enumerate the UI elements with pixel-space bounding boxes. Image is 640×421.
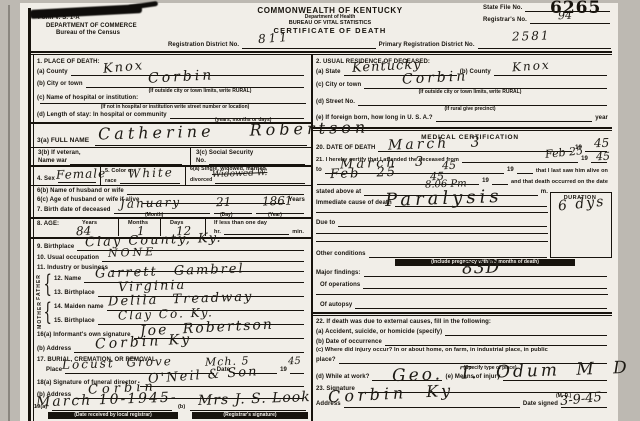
pod-hospital-label: (c) Name of hospital or institution:	[37, 95, 138, 102]
autopsy-line	[355, 305, 607, 309]
marital-value: Widowed W.	[212, 168, 268, 180]
external-d-label: (d) While at work?	[316, 374, 369, 381]
sex-label: 4. Sex	[37, 176, 55, 183]
registrar-no-value: 94	[558, 9, 572, 22]
res-county-line	[494, 72, 607, 76]
certify-from-19: 19	[581, 156, 588, 163]
burial-place-label: Place	[46, 367, 62, 374]
birth-row-bottom-rule	[30, 217, 311, 219]
res-county-value: Knox	[512, 58, 552, 75]
header-rule-1	[30, 51, 612, 53]
autopsy-label: Of autopsy	[320, 302, 352, 309]
state-file-label: State File No.	[483, 5, 522, 12]
mother-brace: {	[43, 298, 51, 326]
burial-year-line	[290, 370, 304, 374]
age-less-label: If less than one day	[214, 220, 267, 226]
certify-to-label: to	[316, 167, 322, 174]
primary-district-line	[478, 45, 611, 49]
external-c-label: (c) Where did injury occur? In or about …	[316, 347, 548, 354]
full-name-line	[95, 145, 307, 146]
mother-name-label: 14. Maiden name	[54, 304, 104, 311]
form-left-border	[28, 8, 31, 421]
primary-district-label: Primary Registration District No.	[379, 42, 475, 49]
burial-19: 19	[280, 367, 287, 374]
father-side-label: FATHER	[36, 274, 42, 300]
occupation-value: NONE	[108, 245, 157, 260]
registrar-sig-value: Mrs J. S. Look	[198, 389, 311, 409]
mother-side-label: MOTHER	[37, 301, 43, 329]
pod-stay-label: (d) Length of stay: In hospital or commu…	[37, 112, 167, 119]
color-race-label: race	[105, 178, 117, 184]
certify-m: m.	[541, 189, 548, 196]
other-conditions-label: Other conditions	[316, 251, 366, 258]
father-brace: {	[43, 270, 51, 298]
ink-smudge-artifact	[30, 4, 142, 19]
external-top-rule-2	[311, 315, 612, 316]
mother-birthplace-label: 15. Birthplace	[54, 318, 95, 325]
birthplace-label: 9. Birthplace	[37, 244, 74, 251]
res-city-label: (c) City or town	[316, 82, 361, 89]
certify-line2b: that I last saw him alive on	[536, 168, 608, 174]
registrar-sig-line	[190, 410, 306, 411]
physician-addr-line	[344, 404, 520, 408]
res-street-note: (If rural give precinct)	[400, 107, 540, 112]
pod-county-label: (a) County	[37, 69, 68, 76]
burial-year-value: 45	[288, 356, 301, 367]
color-value: White	[128, 165, 174, 181]
res-state-label: (a) State	[316, 69, 341, 76]
operations-blank-line	[316, 294, 608, 295]
res-city-note: (If outside city or town limits, write R…	[370, 90, 570, 95]
informant-addr-label: (b) Address	[37, 346, 71, 353]
registrar-sig-note: (Registrar's signature)	[192, 412, 308, 419]
certify-last-19: 19	[482, 178, 489, 185]
external-b-line	[385, 342, 607, 346]
due-blank-line-1	[316, 233, 548, 234]
birthdate-label: 7. Birth date of deceased	[37, 207, 111, 214]
marital-divorced-label: divorced	[190, 178, 212, 184]
cause-blank-line	[316, 212, 548, 213]
veteran-war-label: Name war	[38, 158, 67, 165]
primary-district-value: 2581	[512, 28, 551, 43]
certify-to-year-value: 45	[442, 159, 456, 172]
external-c2-label: place?	[316, 357, 336, 364]
findings-label: Major findings:	[316, 270, 361, 277]
age-hr-line	[224, 231, 289, 235]
certify-line4: stated above at	[316, 189, 361, 196]
occupation-label: 10. Usual occupation	[37, 255, 99, 262]
full-name-label: 3(a) FULL NAME	[37, 137, 89, 144]
age-min-label: min.	[292, 229, 304, 235]
res-foreign-line	[436, 118, 593, 122]
physician-date-label: Date signed	[523, 401, 558, 408]
certify-from-line	[462, 159, 578, 163]
operations-label: Of operations	[320, 282, 360, 289]
column-divider	[311, 55, 313, 421]
scan-crease	[8, 5, 10, 421]
husband-label: 6(b) Name of husband or wife	[37, 188, 124, 195]
veteran-label: 3(b) If veteran,	[38, 150, 81, 157]
marital-line	[215, 180, 305, 184]
registrar-no-label: Registrar's No.	[483, 17, 527, 24]
ssn-no-label: No.	[196, 158, 206, 165]
certify-line3: and that death occurred on the date	[511, 179, 608, 185]
received-b: (b)	[178, 404, 185, 410]
dod-value: March 3	[388, 134, 483, 153]
birth-year-value: 1861	[262, 193, 293, 208]
certify-last-year-line	[492, 181, 508, 185]
age-label: 8. AGE:	[37, 221, 59, 228]
cause-value: Paralysis	[385, 186, 503, 211]
pod-city-label: (b) City or town	[37, 81, 83, 88]
findings-value: 83D	[462, 257, 501, 278]
res-foreign-suffix: year	[595, 115, 608, 122]
dept-commerce: DEPARTMENT OF COMMERCE	[46, 23, 137, 30]
certify-to-year-line	[517, 170, 533, 174]
certify-last-value: Feb 25	[330, 165, 397, 182]
external-a-line	[445, 332, 607, 336]
external-title: 22. If death was due to external causes,…	[316, 319, 491, 326]
reg-district-value: 811	[258, 30, 291, 46]
header-rule-2	[30, 54, 612, 55]
pod-city-note: (If outside city or town limits, write R…	[110, 89, 290, 94]
father-name-label: 12. Name	[54, 276, 81, 283]
res-street-label: (d) Street No.	[316, 99, 355, 106]
full-name-bottom-rule	[30, 147, 311, 148]
reg-district-label: Registration District No.	[168, 42, 239, 49]
scan-edge-left	[0, 0, 20, 421]
birth-day-value: 21	[216, 195, 232, 210]
external-a-label: (a) Accident, suicide, or homicide (spec…	[316, 329, 442, 336]
due-blank-line-2	[316, 241, 548, 242]
place-of-death-title: 1. PLACE OF DEATH:	[37, 59, 100, 66]
received-line	[52, 410, 172, 411]
dod-year-value: 45	[594, 136, 610, 151]
received-note: (Date received by local registrar)	[48, 412, 178, 419]
other-conditions-line	[369, 254, 547, 258]
sex-value: Female	[56, 166, 107, 182]
dod-label: 20. DATE OF DEATH	[316, 145, 375, 152]
certify-to-19: 19	[507, 167, 514, 174]
operations-line	[363, 285, 607, 289]
cause-label: Immediate cause of death	[316, 200, 392, 207]
ssn-label: 3(c) Social Security	[196, 150, 253, 157]
bureau-census: Bureau of the Census	[56, 30, 120, 37]
death-certificate-scan: Form V. S. 1-A DEPARTMENT OF COMMERCE Bu…	[0, 0, 640, 421]
external-top-rule-1	[311, 312, 612, 314]
vet-ssn-divider	[190, 147, 191, 165]
father-birthplace-label: 13. Birthplace	[54, 290, 95, 297]
certify-from-year-value: 45	[596, 150, 610, 163]
due-to-line	[338, 223, 547, 227]
birth-month-value: January	[120, 195, 182, 211]
external-b-label: (b) Date of occurrence	[316, 339, 382, 346]
sex-row-bottom-rule	[30, 185, 311, 186]
due-to-label: Due to	[316, 220, 335, 227]
color-marital-divider	[185, 165, 186, 185]
